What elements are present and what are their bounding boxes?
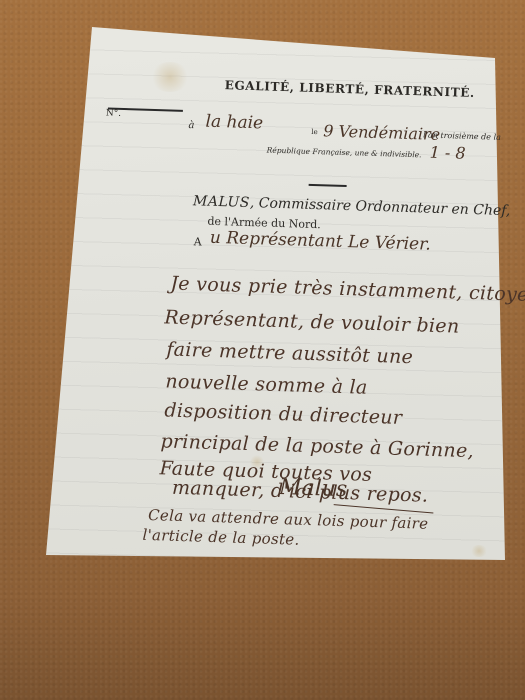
postscript-line: l'article de la poste. bbox=[142, 526, 300, 549]
addressee-label: A bbox=[194, 235, 202, 248]
addressee-handwritten: u Représentant Le Vérier. bbox=[210, 228, 432, 255]
body-line: nouvelle somme à la bbox=[165, 370, 368, 398]
sender-name: MALUS bbox=[193, 193, 250, 211]
separator-rule bbox=[309, 184, 347, 187]
republic-printed: République Française, une & indivisible. bbox=[267, 146, 422, 160]
letterhead-motto: EGALITÉ, LIBERTÉ, FRATERNITÉ. bbox=[225, 78, 475, 100]
signature: Malus bbox=[279, 475, 348, 502]
body-line: disposition du directeur bbox=[164, 399, 402, 428]
year-handwritten: 1 - 8 bbox=[429, 143, 466, 163]
body-line: principal de la poste à Gorinne, bbox=[160, 430, 474, 462]
sender-role: , Commissaire Ordonnateur en Chef, bbox=[250, 195, 511, 219]
body-line: Représentant, de vouloir bien bbox=[164, 306, 460, 337]
body-line: faire mettre aussitôt une bbox=[166, 338, 413, 368]
place-handwritten: la haie bbox=[205, 112, 263, 134]
date-prefix: le bbox=[311, 128, 318, 136]
number-label: N°. bbox=[106, 108, 122, 118]
body-line: Je vous prie très instamment, citoyen bbox=[170, 273, 525, 307]
place-prefix: à bbox=[188, 120, 194, 131]
letter-content: EGALITÉ, LIBERTÉ, FRATERNITÉ. N°. à la h… bbox=[0, 0, 525, 700]
